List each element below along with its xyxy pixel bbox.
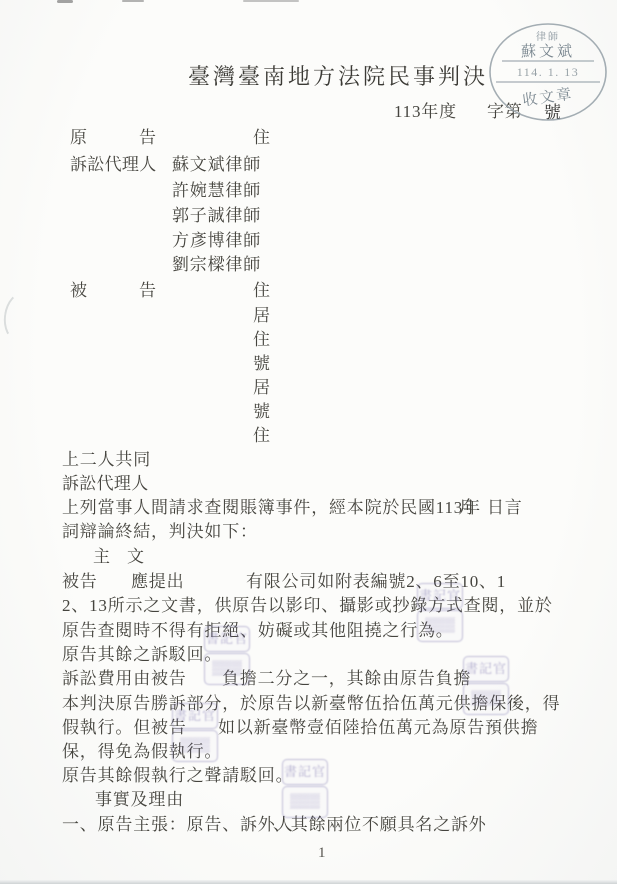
- judgment-text: 原告其餘假執行之聲請駁回。: [62, 766, 293, 786]
- section-heading-facts: 事實及理由: [95, 790, 184, 810]
- address-label: 號: [253, 354, 271, 374]
- case-summary: 詞辯論終結，判決如下：: [62, 522, 258, 542]
- address-label: 住: [253, 128, 271, 148]
- defendant-label: 告: [139, 281, 157, 301]
- defendant-label: 被: [70, 281, 88, 301]
- judgment-text: 負擔二分之一，其餘由原告負擔: [222, 669, 471, 689]
- stamp-role-label: 律師: [536, 30, 560, 43]
- stamp-date: 114. 1. 13: [517, 65, 580, 79]
- address-label: 住: [253, 426, 271, 446]
- page-number: 1: [318, 845, 326, 862]
- judgment-text: 有限公司如附表編號2、6至10、1: [246, 572, 506, 592]
- scan-smudge: [122, 0, 144, 2]
- punch-hole-shadow: [1, 290, 42, 344]
- section-heading-main-text: 文: [127, 547, 145, 567]
- address-label: 居: [253, 378, 271, 398]
- judgment-text: 保，得免為假執行。: [62, 742, 222, 762]
- case-number-year: 113年度: [394, 102, 457, 122]
- judgment-text: 2、13所示之文書，供原告以影印、攝影或抄錄方式查閱，並於: [62, 596, 553, 616]
- scan-smudge: [57, 0, 73, 3]
- address-label: 住: [253, 330, 271, 350]
- attorney-name: 方彥博律師: [172, 231, 261, 251]
- plaintiff-label: 原: [70, 128, 88, 148]
- attorney-name: 蘇文斌律師: [172, 155, 261, 175]
- attorney-receipt-stamp: 律師 蘇文斌 114. 1. 13 收文章: [486, 20, 612, 126]
- clerk-seal-name-illegible: ▒▒▒: [282, 786, 328, 818]
- scanned-judgment-page: 臺灣臺南地方法院民事判決113年度字第號原告住訴訟代理人蘇文斌律師許婉慧律師郭子…: [0, 0, 617, 884]
- attorney-name: 許婉慧律師: [172, 181, 261, 201]
- judgment-text: 假執行。但被告: [62, 718, 187, 738]
- judgment-text: 訴訟費用由被告: [62, 669, 187, 689]
- stamp-attorney-name: 蘇文斌: [521, 42, 575, 60]
- judgment-text: 被告: [62, 572, 98, 592]
- attorney-name: 劉宗樑律師: [172, 255, 261, 275]
- judgment-text: 如以新臺幣壹佰陸拾伍萬元為原告預供擔: [218, 718, 538, 738]
- section-heading-main-text: 主: [93, 547, 111, 567]
- attorney-label: 訴訟代理人: [62, 474, 149, 494]
- scan-smudge: [243, 0, 299, 2]
- case-summary: 上列當事人間請求查閱賬簿事件，經本院於民國113年: [62, 498, 481, 518]
- attorney-name: 郭子誠律師: [172, 206, 261, 226]
- judgment-text: 本判決原告勝訴部分，於原告以新臺幣伍拾伍萬元供擔保後，得: [62, 694, 560, 714]
- stamp-received-label: 收文章: [521, 85, 574, 110]
- attorney-label: 訴訟代理人: [70, 155, 157, 175]
- joint-representation-note: 上二人共同: [62, 450, 151, 470]
- case-summary: 日言: [487, 498, 523, 518]
- judgment-text: 應提出: [131, 572, 184, 592]
- plaintiff-label: 告: [139, 128, 157, 148]
- judgment-text: 原告查閱時不得有拒絕、妨礙或其他阻撓之行為。: [62, 621, 454, 641]
- facts-text: 、其餘兩位不願具名之訴外: [273, 815, 487, 835]
- case-summary: 月: [458, 498, 476, 518]
- judgment-text: 原告其餘之訴駁回。: [62, 645, 222, 665]
- address-label: 居: [253, 306, 271, 326]
- address-label: 號: [253, 402, 271, 422]
- document-title: 臺灣臺南地方法院民事判決: [188, 64, 488, 89]
- facts-text: 一、原告主張：原告、訴外人: [62, 815, 293, 835]
- address-label: 住: [253, 281, 271, 301]
- scan-bottom-edge: [0, 880, 617, 884]
